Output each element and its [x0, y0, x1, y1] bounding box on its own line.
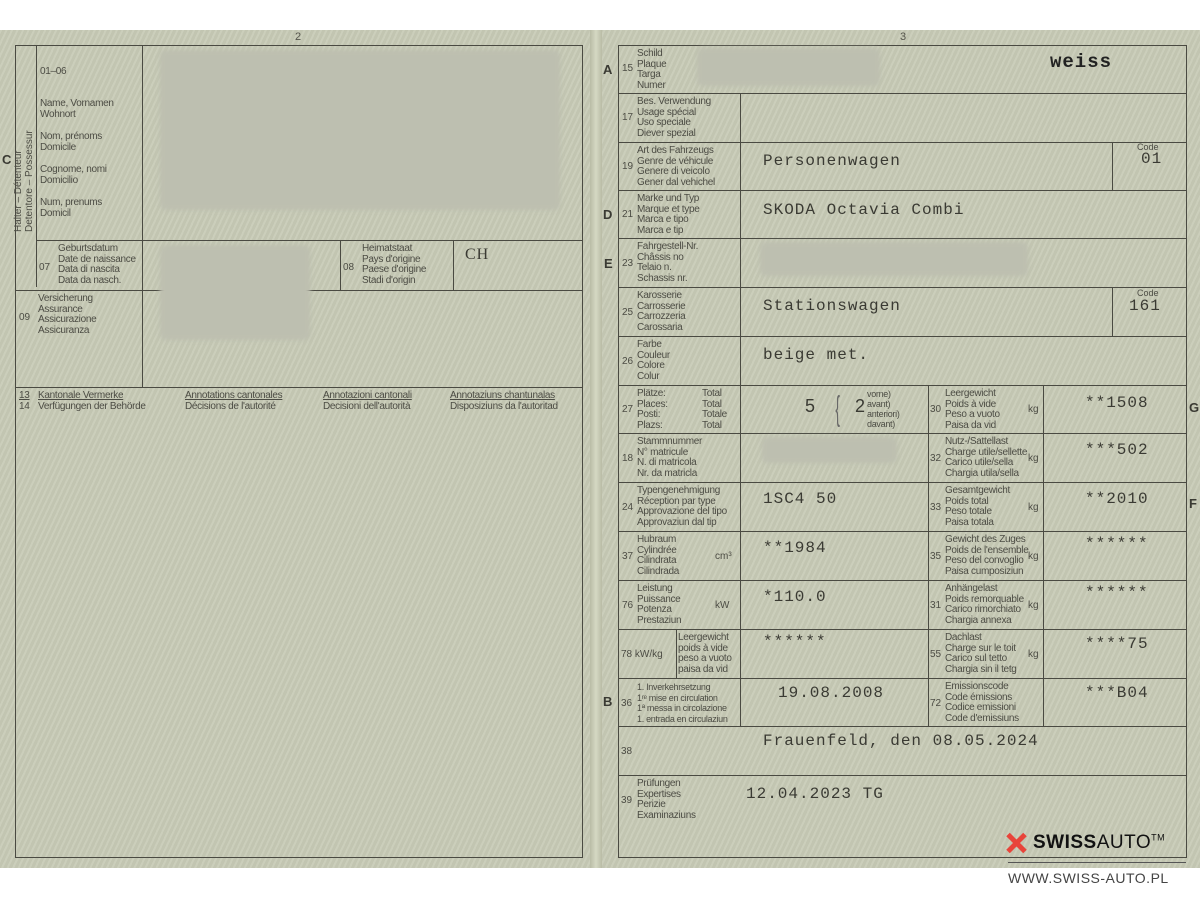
seats-total-value: 5	[805, 396, 816, 417]
inspections-value: 12.04.2023 TG	[746, 785, 884, 803]
issue-code: 38	[621, 746, 632, 757]
plate-color-value: weiss	[1050, 51, 1112, 73]
displacement-unit: cm³	[715, 551, 732, 562]
insurance-code: 09	[19, 312, 30, 323]
make-model-label: Marke und TypMarque et type Marca e tipo…	[637, 194, 700, 236]
total-weight-label: GesamtgewichtPoids total Peso totalePais…	[945, 486, 1010, 528]
trailer-load-value: ******	[1085, 584, 1149, 602]
divider	[740, 93, 741, 726]
vehicle-type-value: Personenwagen	[763, 152, 901, 170]
issue-place-date-value: Frauenfeld, den 08.05.2024	[763, 732, 1039, 750]
birthdate-code: 07	[39, 262, 50, 273]
divider	[928, 385, 929, 726]
inspections-label: PrüfungenExpertises PerizieExaminaziuns	[637, 779, 696, 821]
divider	[676, 629, 677, 678]
payload-code: 32	[930, 453, 941, 464]
origin-value: CH	[465, 246, 489, 264]
roof-load-label: DachlastCharge sur le toit Carico sul te…	[945, 633, 1017, 675]
birthdate-value-redacted	[160, 245, 310, 340]
holder-label: Nom, prénomsDomicile	[40, 132, 102, 153]
registry-value-redacted	[762, 437, 897, 463]
emission-code-value: ***B04	[1085, 684, 1149, 702]
side-letter-g: G	[1189, 400, 1199, 415]
type-approval-code: 24	[622, 502, 633, 513]
power-weight-label: Leergewichtpoids à vide peso a vuotopais…	[678, 633, 732, 675]
seats-code: 27	[622, 404, 633, 415]
roof-load-unit: kg	[1028, 649, 1039, 660]
first-registration-code: 36	[621, 698, 632, 709]
plate-code: 15	[622, 63, 633, 74]
side-letter-e: E	[604, 256, 613, 271]
divider	[618, 142, 1186, 143]
origin-code: 08	[343, 262, 354, 273]
vehicle-type-label: Art des FahrzeugsGenre de véhicule Gener…	[637, 146, 715, 188]
insurance-label: VersicherungAssurance AssicurazioneAssic…	[38, 294, 96, 336]
birthdate-label: GeburtsdatumDate de naissance Data di na…	[58, 244, 136, 286]
first-registration-value: 19.08.2008	[778, 684, 884, 702]
holder-vertical-label-1: Halter – Détenteur	[14, 150, 24, 232]
holder-label: Num, prenumsDomicil	[40, 198, 102, 219]
make-model-code: 21	[622, 209, 633, 220]
power-weight-value: ******	[763, 633, 827, 651]
side-letter-a: A	[603, 62, 612, 77]
total-weight-code: 33	[930, 502, 941, 513]
inspections-code: 39	[621, 795, 632, 806]
divider	[618, 287, 1186, 288]
holder-label: Cognome, nomiDomicilio	[40, 165, 107, 186]
annotations-it: Annotazioni cantonaliDecisioni dell'auto…	[323, 391, 412, 412]
total-weight-unit: kg	[1028, 502, 1039, 513]
divider	[618, 433, 1186, 434]
payload-unit: kg	[1028, 453, 1039, 464]
divider	[618, 482, 1186, 483]
divider	[618, 385, 1186, 386]
section-letter-c: C	[2, 152, 11, 167]
swissauto-logo: SWISSAUTOTM	[1005, 832, 1165, 854]
seats-label: Plätze:Places: Posti:Plazs:	[637, 389, 668, 431]
divider	[1112, 287, 1113, 336]
emission-code-number: 72	[930, 698, 941, 709]
annotations-de: Kantonale VermerkeVerfügungen der Behörd…	[38, 391, 146, 412]
divider	[1112, 142, 1113, 190]
divider	[15, 387, 582, 388]
divider	[340, 240, 341, 290]
annotations-fr: Annotations cantonalesDécisions de l'aut…	[185, 391, 282, 412]
side-letter-b: B	[603, 694, 612, 709]
divider	[618, 678, 1186, 679]
holder-label: Name, VornamenWohnort	[40, 99, 114, 120]
divider	[618, 336, 1186, 337]
train-weight-code: 35	[930, 551, 941, 562]
power-code: 76	[622, 600, 633, 611]
chassis-label: Fahrgestell-Nr.Châssis no Telaio n.Schas…	[637, 242, 698, 284]
registry-label: StammnummerN° matricule N. di matricolaN…	[637, 437, 702, 479]
holder-vertical-label-2: Detentore – Possessur	[25, 130, 35, 232]
divider	[618, 238, 1186, 239]
divider	[618, 775, 1186, 776]
page-number-left: 2	[295, 31, 301, 43]
empty-weight-label: LeergewichtPoids à vide Peso a vuotoPais…	[945, 389, 1000, 431]
emission-code-label: EmissionscodeCode émissions Codice emiss…	[945, 682, 1019, 724]
seats-front-label: vorne)avant) anteriori)davant)	[867, 389, 900, 429]
power-unit: kW	[715, 600, 729, 611]
registry-code: 18	[622, 453, 633, 464]
divider	[618, 93, 1186, 94]
divider	[618, 726, 1186, 727]
payload-value: ***502	[1085, 441, 1149, 459]
displacement-code: 37	[622, 551, 633, 562]
divider	[36, 45, 37, 287]
vehicle-type-code: 19	[622, 161, 633, 172]
power-weight-code: 78 kW/kg	[621, 649, 663, 660]
seats-total-label: TotalTotal TotaleTotal	[702, 389, 727, 431]
divider	[453, 240, 454, 290]
roof-load-value: ****75	[1085, 635, 1149, 653]
vehicle-type-code-value: 01	[1141, 150, 1162, 168]
annotations-codes: 1314	[19, 391, 30, 412]
empty-weight-code: 30	[930, 404, 941, 415]
body-code-value: 161	[1129, 297, 1161, 315]
displacement-label: HubraumCylindrée CilindrataCilindrada	[637, 535, 679, 577]
holder-value-redacted	[160, 50, 560, 210]
holder-code: 01–06	[40, 67, 66, 78]
power-label: LeistungPuissance PotenzaPrestaziun	[637, 584, 681, 626]
train-weight-label: Gewicht des ZugesPoids de l'ensemble Pes…	[945, 535, 1029, 577]
divider	[618, 190, 1186, 191]
total-weight-value: **2010	[1085, 490, 1149, 508]
color-code: 26	[622, 356, 633, 367]
power-value: *110.0	[763, 588, 827, 606]
trailer-load-code: 31	[930, 600, 941, 611]
divider	[1043, 385, 1044, 726]
body-value: Stationswagen	[763, 297, 901, 315]
make-model-value: SKODA Octavia Combi	[763, 201, 964, 219]
swiss-cross-icon	[1005, 832, 1027, 854]
page-number-right: 3	[900, 31, 906, 43]
displacement-value: **1984	[763, 539, 827, 557]
color-value: beige met.	[763, 346, 869, 364]
divider	[618, 629, 1186, 630]
body-label: KarosserieCarrosserie CarrozzeriaCarossa…	[637, 291, 685, 333]
page-fold	[590, 30, 602, 868]
divider	[36, 240, 582, 241]
payload-label: Nutz-/SattellastCharge utile/sellette Ca…	[945, 437, 1027, 479]
logo-divider	[1008, 862, 1186, 863]
special-use-label: Bes. VerwendungUsage spécial Uso special…	[637, 97, 711, 139]
divider	[618, 531, 1186, 532]
side-letter-d: D	[603, 207, 612, 222]
train-weight-value: ******	[1085, 535, 1149, 553]
seats-front-value: 2	[855, 396, 866, 417]
brand-name: SWISSAUTOTM	[1033, 832, 1165, 854]
trailer-load-label: AnhängelastPoids remorquable Carico rimo…	[945, 584, 1024, 626]
watermark-url: WWW.SWISS-AUTO.PL	[1008, 870, 1169, 886]
empty-weight-unit: kg	[1028, 404, 1039, 415]
chassis-value-redacted	[760, 242, 1028, 276]
type-approval-value: 1SC4 50	[763, 490, 837, 508]
origin-label: HeimatstaatPays d'origine Paese d'origin…	[362, 244, 426, 286]
divider	[142, 45, 143, 387]
roof-load-code: 55	[930, 649, 941, 660]
train-weight-unit: kg	[1028, 551, 1039, 562]
brace-icon: {	[835, 389, 840, 429]
divider	[618, 580, 1186, 581]
body-code: 25	[622, 307, 633, 318]
side-letter-f: F	[1189, 496, 1197, 511]
empty-weight-value: **1508	[1085, 394, 1149, 412]
type-approval-label: TypengenehmigungRéception par type Appro…	[637, 486, 727, 528]
plate-label: SchildPlaque TargaNumer	[637, 49, 666, 91]
color-label: FarbeCouleur ColoreColur	[637, 340, 670, 382]
special-use-code: 17	[622, 112, 633, 123]
plate-value-redacted	[697, 48, 880, 86]
annotations-rm: Annotaziuns chantunalasDisposiziuns da l…	[450, 391, 558, 412]
first-registration-label: 1. Inverkehrsetzung1ʳᵉ mise en circulati…	[637, 682, 728, 724]
trailer-load-unit: kg	[1028, 600, 1039, 611]
chassis-code: 23	[622, 258, 633, 269]
